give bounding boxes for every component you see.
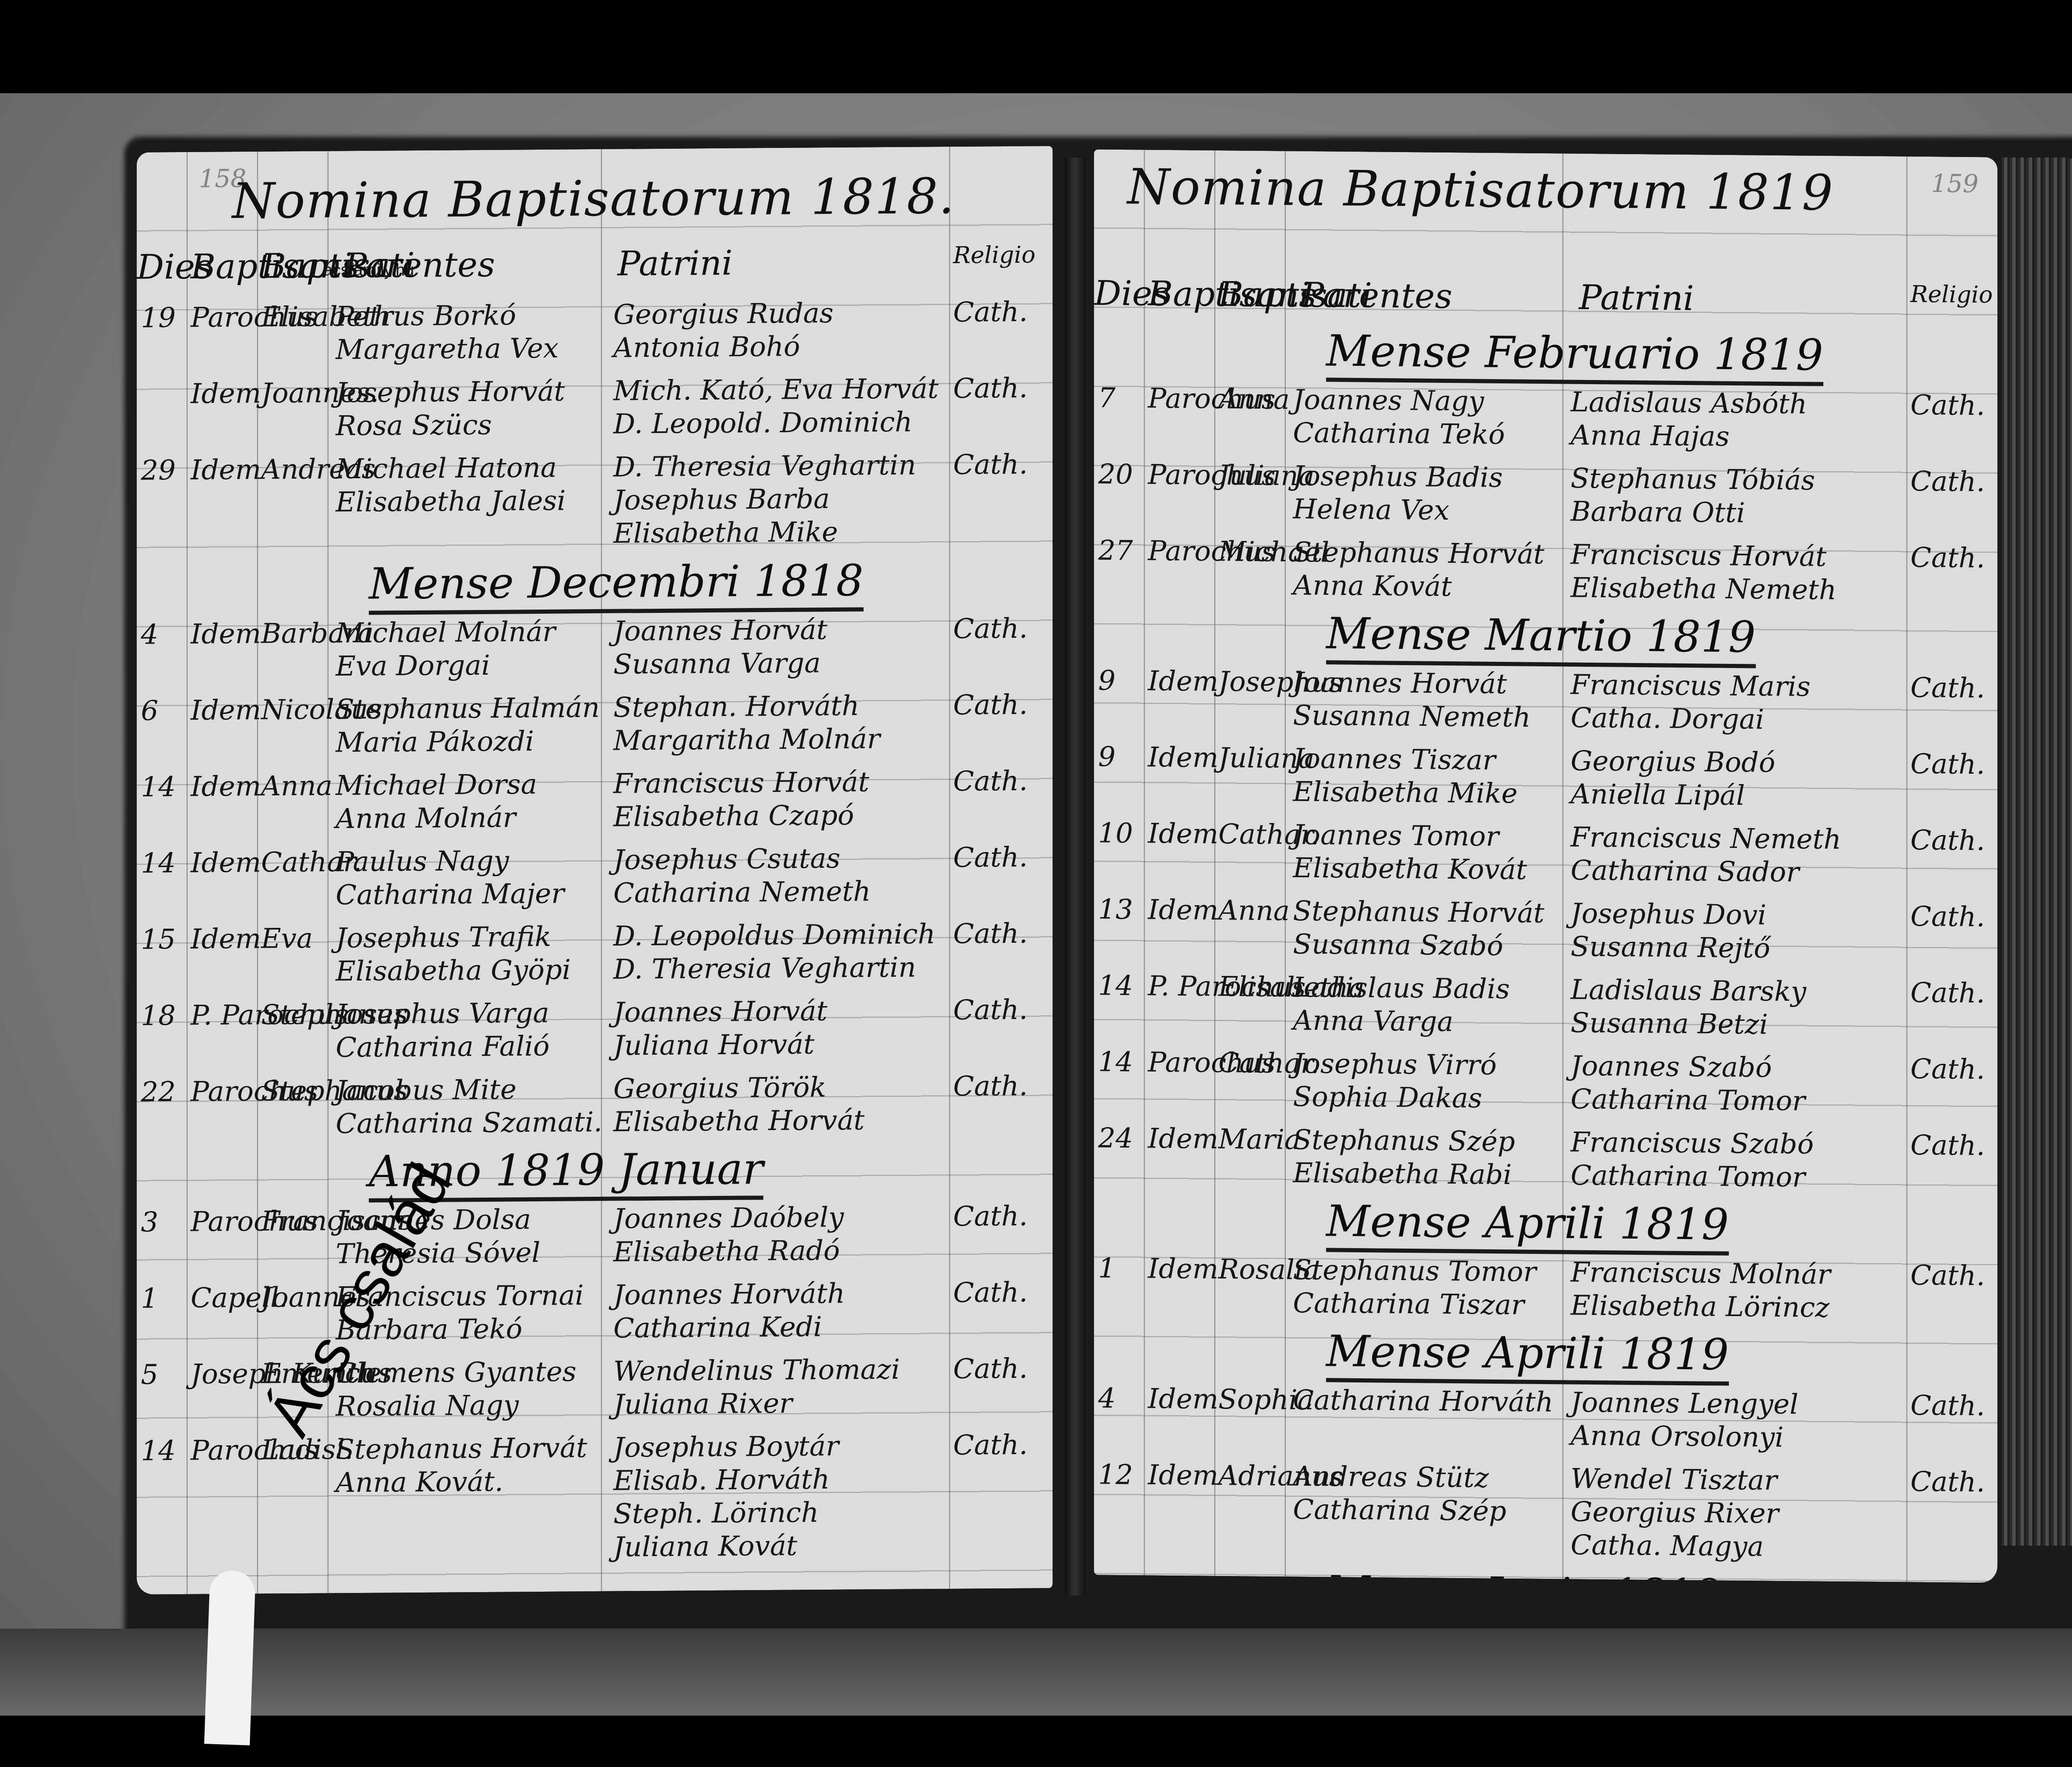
entry-patrini-line: Franciscus Nemeth bbox=[1571, 821, 1841, 857]
entry-day: 12 bbox=[1098, 1458, 1133, 1492]
entry-patrini-line: Joannes Szabó bbox=[1571, 1050, 1805, 1085]
entry-parentes-line: Josephus Trafik bbox=[336, 920, 571, 955]
entry-patrini: Josephus CsutasCatharina Nemeth bbox=[613, 842, 871, 910]
page-number: 159 bbox=[1931, 169, 1979, 198]
entry-parentes-line: Susanna Nemeth bbox=[1293, 699, 1531, 734]
entry-parentes-line: Margaretha Vex bbox=[336, 332, 559, 367]
entry-parentes-line: Michael Hatona bbox=[336, 451, 566, 486]
entry-patrini-line: Elisabetha Nemeth bbox=[1571, 571, 1837, 607]
entry-parentes-line: Anna Kovát bbox=[1293, 569, 1544, 604]
entry-religio: Cath. bbox=[1910, 748, 1985, 782]
entry-patrini: Joannes DaóbelyElisabetha Radó bbox=[613, 1201, 844, 1269]
entry-patrini-line: Franciscus Molnár bbox=[1571, 1256, 1830, 1291]
entry-parentes-line: Catharina Szamati. bbox=[336, 1106, 603, 1140]
entry-patrini-line: Franciscus Horvát bbox=[1571, 538, 1837, 574]
entry-parentes-line: Stephanus Szép bbox=[1293, 1123, 1515, 1159]
entry-patrini-line: Elisabetha Czapó bbox=[613, 799, 869, 833]
entry-parentes-line: Elisabetha Mike bbox=[1293, 775, 1518, 811]
entry-parentes: Clemens GyantesRosalia Nagy bbox=[336, 1355, 576, 1423]
entry-religio: Cath. bbox=[1910, 1259, 1985, 1293]
site-watermark: acsfamily.hu bbox=[323, 261, 414, 280]
entry-patrini: D. Leopoldus DominichD. Theresia Veghart… bbox=[613, 917, 935, 986]
entry-patrini: Wendel TisztarGeorgius RixerCatha. Magya bbox=[1571, 1462, 1779, 1564]
entry-patrini: Franciscus HorvátElisabetha Czapó bbox=[613, 765, 869, 833]
entry-patrini-line: Joannes Daóbely bbox=[613, 1201, 844, 1236]
entry-parentes-line: Stephanus Horvát bbox=[1293, 536, 1544, 571]
entry-patrini: Franciscus MolnárElisabetha Lörincz bbox=[1571, 1256, 1830, 1324]
entry-patrini-line: Mich. Kató, Eva Horvát bbox=[613, 372, 939, 407]
entry-religio: Cath. bbox=[1910, 1389, 1985, 1423]
entry-day: 20 bbox=[1098, 458, 1133, 491]
entry-baptisans: Idem bbox=[191, 617, 261, 651]
entry-patrini: Josephus BoytárElisab. HorváthSteph. Lör… bbox=[613, 1430, 839, 1564]
entry-parentes-line: Michael Molnár bbox=[336, 615, 555, 650]
entry-day: 15 bbox=[141, 923, 176, 956]
entry-parentes-line: Stephanus Horvát bbox=[336, 1431, 587, 1466]
entry-parentes: Joannes TomorElisabetha Kovát bbox=[1293, 818, 1527, 887]
book-fore-edge bbox=[2002, 157, 2072, 1546]
entry-parentes: Jacobus MiteCatharina Szamati. bbox=[336, 1072, 603, 1140]
entry-religio: Cath. bbox=[1910, 671, 1985, 705]
entry-parentes-line: Stephanus Halmán bbox=[336, 691, 600, 726]
entry-baptisans: Idem bbox=[191, 377, 261, 411]
entry-patrini-line: Elisabetha Radó bbox=[613, 1234, 844, 1269]
entry-day: 9 bbox=[1098, 664, 1116, 697]
entry-parentes: Michael HatonaElisabetha Jalesi bbox=[336, 451, 566, 519]
entry-patrini: Mich. Kató, Eva HorvátD. Leopold. Domini… bbox=[613, 372, 939, 441]
entry-baptisans: Idem bbox=[1148, 1122, 1218, 1156]
entry-parentes: Petrus BorkóMargaretha Vex bbox=[336, 299, 559, 367]
entry-patrini-line: Joannes Horvát bbox=[613, 995, 827, 1029]
entry-patrini-line: Josephus Csutas bbox=[613, 842, 871, 876]
month-heading: Mense Aprili 1819 bbox=[1326, 1326, 1729, 1385]
entry-patrini-line: Steph. Lörinch bbox=[613, 1496, 839, 1531]
entry-parentes-line: Catharina Falió bbox=[336, 1030, 549, 1065]
entry-patrini-line: Catharina Sador bbox=[1571, 854, 1841, 890]
entry-religio: Cath. bbox=[953, 765, 1028, 798]
entry-patrini-line: D. Theresia Veghartin bbox=[613, 951, 935, 986]
entry-baptisans: Idem bbox=[191, 453, 261, 487]
entry-religio: Cath. bbox=[953, 372, 1028, 405]
column-header-religio: Religio bbox=[1910, 281, 1993, 309]
entry-patrini: Joannes HorvátJuliana Horvát bbox=[613, 995, 827, 1063]
entry-religio: Cath. bbox=[953, 993, 1028, 1027]
entry-patrini-line: D. Leopoldus Dominich bbox=[613, 917, 935, 953]
entry-religio: Cath. bbox=[953, 1352, 1028, 1386]
entry-patrini-line: Wendel Tisztar bbox=[1571, 1462, 1779, 1497]
entry-patrini: Joannes LengyelAnna Orsolonyi bbox=[1571, 1386, 1798, 1455]
entry-patrini-line: Ladislaus Barsky bbox=[1571, 973, 1806, 1009]
entry-parentes: Josephus TrafikElisabetha Gyöpi bbox=[336, 920, 571, 988]
page-title: Nomina Baptisatorum 1819 bbox=[1127, 158, 1834, 221]
entry-day: 14 bbox=[141, 847, 176, 880]
book-spine bbox=[1065, 157, 1086, 1595]
entry-day: 1 bbox=[1098, 1252, 1116, 1285]
entry-parentes-line: Josephus Virró bbox=[1293, 1047, 1497, 1082]
entry-patrini-line: D. Leopold. Dominich bbox=[613, 405, 939, 441]
entry-day: 5 bbox=[141, 1358, 158, 1391]
entry-patrini: Ladislaus AsbóthAnna Hajas bbox=[1571, 386, 1807, 454]
entry-parentes: Josephus BadisHelena Vex bbox=[1293, 460, 1503, 528]
entry-baptisans: Idem bbox=[1148, 665, 1218, 698]
entry-patrini: Franciscus HorvátElisabetha Nemeth bbox=[1571, 538, 1837, 607]
entry-parentes: Joannes NagyCatharina Tekó bbox=[1293, 383, 1505, 451]
entry-patrini-line: Franciscus Szabó bbox=[1571, 1126, 1814, 1161]
entry-parentes-line: Jacobus Mite bbox=[336, 1072, 603, 1107]
entry-day: 6 bbox=[141, 694, 158, 727]
entry-baptisans: Idem bbox=[1148, 1382, 1218, 1416]
entry-patrini-line: Joannes Horváth bbox=[613, 1277, 845, 1312]
entry-religio: Cath. bbox=[1910, 1053, 1985, 1087]
entry-parentes-line: Anna Molnár bbox=[336, 801, 537, 835]
entry-parentes: Josephus HorvátRosa Szücs bbox=[336, 375, 565, 443]
entry-patrini-line: Joannes Lengyel bbox=[1571, 1386, 1798, 1421]
entry-religio: Cath. bbox=[953, 1070, 1028, 1103]
entry-day: 29 bbox=[141, 454, 176, 487]
table-edge bbox=[0, 1629, 2072, 1716]
register-entry: 29IdemAndreasMichael HatonaElisabetha Ja… bbox=[137, 448, 1053, 549]
entry-patrini-line: Juliana Rixer bbox=[613, 1386, 900, 1421]
entry-baptisans: Idem bbox=[191, 846, 261, 880]
entry-patrini: Joannes HorvátSusanna Varga bbox=[613, 613, 827, 681]
entry-patrini-line: Elisabetha Horvát bbox=[613, 1104, 864, 1138]
entry-day: 24 bbox=[1098, 1122, 1133, 1155]
entry-day: 3 bbox=[141, 1205, 158, 1239]
entry-patrini-line: Georgius Bodó bbox=[1571, 745, 1775, 779]
entry-patrini-line: Susanna Rejtő bbox=[1571, 930, 1770, 965]
entry-religio: Cath. bbox=[1910, 1465, 1985, 1499]
entry-patrini: D. Theresia VeghartinJosephus BarbaElisa… bbox=[613, 449, 916, 550]
entry-patrini-line: Elisab. Horváth bbox=[613, 1463, 839, 1498]
month-heading: Mense Martio 1819 bbox=[1326, 608, 1756, 668]
entry-patrini: Josephus DoviSusanna Rejtő bbox=[1571, 897, 1770, 965]
entry-patrini-line: Josephus Boytár bbox=[613, 1430, 839, 1464]
entry-parentes-line: Eva Dorgai bbox=[336, 649, 555, 683]
entry-baptisatus: Anna bbox=[1218, 382, 1290, 416]
entry-patrini-line: Juliana Horvát bbox=[613, 1028, 827, 1063]
entry-parentes-line: Joannes Tomor bbox=[1293, 818, 1527, 854]
entry-religio: Cath. bbox=[1910, 900, 1985, 934]
entry-patrini-line: Aniella Lipál bbox=[1571, 778, 1775, 813]
entry-parentes-line: Catharina Horváth bbox=[1293, 1384, 1553, 1419]
entry-parentes-line: Stephanus Horvát bbox=[1293, 895, 1544, 930]
entry-parentes-line: Helena Vex bbox=[1293, 493, 1503, 528]
entry-day: 22 bbox=[141, 1075, 176, 1109]
entry-religio: Cath. bbox=[1910, 976, 1985, 1010]
entry-patrini: Stephanus TóbiásBarbara Otti bbox=[1571, 462, 1815, 530]
entry-patrini-line: Georgius Rudas bbox=[613, 297, 833, 332]
entry-day: 13 bbox=[1098, 893, 1133, 927]
entry-parentes: Stephanus HalmánMaria Pákozdi bbox=[336, 691, 600, 759]
entry-day: 9 bbox=[1098, 741, 1116, 774]
entry-patrini-line: Josephus Barba bbox=[613, 482, 916, 517]
entry-patrini-line: Franciscus Horvát bbox=[613, 765, 869, 800]
entry-parentes: Stephanus HorvátAnna Kovát bbox=[1293, 536, 1544, 604]
entry-patrini-line: Stephanus Tóbiás bbox=[1571, 462, 1815, 497]
entry-religio: Cath. bbox=[953, 1200, 1028, 1233]
entry-religio: Cath. bbox=[953, 448, 1028, 482]
entry-baptisans: Idem bbox=[1148, 817, 1218, 851]
entry-day: 14 bbox=[141, 770, 176, 804]
entry-parentes: Michael DorsaAnna Molnár bbox=[336, 768, 537, 835]
column-header-religio: Religio bbox=[953, 242, 1036, 269]
page-title: Nomina Baptisatorum 1818. bbox=[232, 167, 955, 230]
entry-parentes-line: Elisabetha Gyöpi bbox=[336, 953, 571, 988]
entry-patrini-line: Anna Orsolonyi bbox=[1571, 1419, 1798, 1455]
entry-patrini-line: D. Theresia Veghartin bbox=[613, 449, 916, 484]
entry-parentes: Ladislaus BadisAnna Varga bbox=[1293, 971, 1510, 1039]
entry-parentes-line: Anna Kovát. bbox=[336, 1464, 587, 1499]
entry-baptisatus: Anna bbox=[1218, 894, 1290, 928]
entry-patrini-line: Barbara Otti bbox=[1571, 495, 1815, 530]
entry-parentes-line: Catharina Tekó bbox=[1293, 416, 1505, 451]
entry-patrini-line: Catha. Magya bbox=[1571, 1529, 1779, 1564]
column-header-parentes: Parentes bbox=[1301, 276, 1452, 316]
entry-religio: Cath. bbox=[953, 295, 1028, 329]
entry-baptisatus: Anna bbox=[261, 769, 332, 803]
entry-patrini: Franciscus NemethCatharina Sador bbox=[1571, 821, 1841, 890]
entry-patrini: Joannes HorváthCatharina Kedi bbox=[613, 1277, 845, 1345]
entry-parentes: Catharina Horváth bbox=[1293, 1384, 1553, 1419]
entry-day: 4 bbox=[1098, 1382, 1116, 1415]
entry-parentes-line: Susanna Szabó bbox=[1293, 928, 1544, 963]
entry-parentes-line: Rosalia Nagy bbox=[336, 1388, 576, 1423]
entry-parentes-line: Joannes Horvát bbox=[1293, 666, 1531, 701]
entry-parentes-line: Clemens Gyantes bbox=[336, 1355, 576, 1390]
entry-day: 18 bbox=[141, 999, 176, 1033]
entry-baptisatus: Maria bbox=[1218, 1123, 1301, 1157]
entry-parentes-line: Joannes Nagy bbox=[1293, 383, 1505, 418]
entry-patrini: Franciscus SzabóCatharina Tomor bbox=[1571, 1126, 1814, 1194]
entry-parentes-line: Anna Varga bbox=[1293, 1004, 1510, 1039]
register-entry: 12IdemAdrianusAndreas StützCatharina Szé… bbox=[1094, 1458, 1997, 1561]
entry-baptisans: Idem bbox=[191, 770, 261, 804]
entry-religio: Cath. bbox=[953, 917, 1028, 951]
entry-parentes: Josephus VirróSophia Dakas bbox=[1293, 1047, 1497, 1115]
entry-parentes-line: Catharina Szép bbox=[1293, 1493, 1506, 1528]
entry-religio: Cath. bbox=[953, 1276, 1028, 1310]
entry-day: 27 bbox=[1098, 534, 1133, 568]
entry-parentes-line: Joannes Tiszar bbox=[1293, 742, 1518, 777]
month-heading: Mense Aprili 1819 bbox=[1326, 1196, 1729, 1255]
entry-baptisans: Idem bbox=[1148, 893, 1218, 927]
entry-parentes: Michael MolnárEva Dorgai bbox=[336, 615, 555, 683]
entry-parentes-line: Paulus Nagy bbox=[336, 844, 564, 879]
entry-patrini-line: Antonia Bohó bbox=[613, 330, 833, 365]
entry-day: 7 bbox=[1098, 382, 1116, 415]
entry-parentes-line: Josephus Horvát bbox=[336, 375, 565, 410]
entry-baptisans: Idem bbox=[1148, 1252, 1218, 1286]
entry-religio: Cath. bbox=[1910, 465, 1985, 499]
entry-patrini-line: Susanna Betzi bbox=[1571, 1007, 1806, 1042]
entry-baptisans: Idem bbox=[191, 922, 261, 956]
entry-day: 14 bbox=[141, 1434, 176, 1468]
entry-parentes-line: Catharina Tiszar bbox=[1293, 1287, 1536, 1322]
entry-patrini-line: Catha. Dorgai bbox=[1571, 702, 1811, 737]
entry-parentes-line: Maria Pákozdi bbox=[336, 724, 600, 759]
entry-patrini-line: Catharina Nemeth bbox=[613, 875, 871, 910]
entry-religio: Cath. bbox=[953, 1428, 1028, 1462]
entry-patrini: Georgius TörökElisabetha Horvát bbox=[613, 1070, 864, 1138]
entry-patrini-line: Anna Hajas bbox=[1571, 419, 1807, 454]
entry-patrini: Ladislaus BarskySusanna Betzi bbox=[1571, 973, 1806, 1042]
entry-parentes: Stephanus HorvátAnna Kovát. bbox=[336, 1431, 587, 1499]
entry-baptisans: Idem bbox=[1148, 741, 1218, 775]
entry-patrini-line: Georgius Török bbox=[613, 1070, 864, 1105]
entry-patrini: Stephan. HorváthMargaritha Molnár bbox=[613, 689, 880, 757]
column-header-patrini: Patrini bbox=[1579, 278, 1694, 318]
entry-patrini: Georgius BodóAniella Lipál bbox=[1571, 745, 1775, 813]
entry-parentes: Andreas StützCatharina Szép bbox=[1293, 1460, 1506, 1528]
entry-parentes: Stephanus SzépElisabetha Rabi bbox=[1293, 1123, 1515, 1192]
entry-parentes-line: Elisabetha Kovát bbox=[1293, 852, 1527, 887]
entry-parentes-line: Elisabetha Rabi bbox=[1293, 1157, 1515, 1192]
entry-patrini-line: Georgius Rixer bbox=[1571, 1496, 1779, 1530]
entry-parentes-line: Stephanus Tomor bbox=[1293, 1254, 1536, 1289]
entry-parentes: Joannes HorvátSusanna Nemeth bbox=[1293, 666, 1531, 734]
entry-patrini-line: Susanna Varga bbox=[613, 646, 827, 681]
entry-religio: Cath. bbox=[953, 841, 1028, 874]
entry-religio: Cath. bbox=[1910, 541, 1985, 575]
entry-parentes-line: Josephus Varga bbox=[336, 997, 549, 1031]
right-page: 159 Nomina Baptisatorum 1819 Dies Baptis… bbox=[1094, 149, 1997, 1583]
entry-day: 4 bbox=[141, 618, 158, 651]
entry-patrini-line: Ladislaus Asbóth bbox=[1571, 386, 1807, 421]
entry-patrini-line: Catharina Kedi bbox=[613, 1310, 845, 1345]
entry-parentes-line: Catharina Majer bbox=[336, 877, 564, 912]
entry-patrini-line: Wendelinus Thomazi bbox=[613, 1353, 900, 1388]
entry-patrini: Wendelinus ThomaziJuliana Rixer bbox=[613, 1353, 900, 1421]
entry-parentes: Stephanus TomorCatharina Tiszar bbox=[1293, 1254, 1536, 1322]
entry-baptisans: Idem bbox=[191, 694, 261, 727]
entry-patrini-line: Elisabetha Mike bbox=[613, 515, 916, 550]
entry-religio: Cath. bbox=[1910, 1129, 1985, 1163]
entry-patrini-line: Franciscus Maris bbox=[1571, 668, 1811, 704]
column-header-patrini: Patrini bbox=[617, 244, 733, 284]
entry-day: 10 bbox=[1098, 817, 1133, 850]
entry-parentes: Stephanus HorvátSusanna Szabó bbox=[1293, 895, 1544, 963]
entry-parentes: Paulus NagyCatharina Majer bbox=[336, 844, 564, 912]
entry-patrini-line: Joannes Horvát bbox=[613, 613, 827, 648]
entry-day: 14 bbox=[1098, 1046, 1133, 1079]
entry-parentes-line: Petrus Borkó bbox=[336, 299, 559, 334]
month-heading: Mense Decembri 1818 bbox=[369, 555, 864, 615]
entry-day: 1 bbox=[141, 1282, 158, 1315]
bookmark-slip bbox=[204, 1570, 256, 1745]
entry-religio: Cath. bbox=[953, 612, 1028, 646]
entry-patrini: Joannes SzabóCatharina Tomor bbox=[1571, 1050, 1805, 1118]
register-entry: 14ParochusLadisl.Stephanus HorvátAnna Ko… bbox=[137, 1428, 1053, 1530]
entry-patrini-line: Catharina Tomor bbox=[1571, 1083, 1805, 1118]
entry-parentes-line: Rosa Szücs bbox=[336, 408, 565, 443]
entry-parentes-line: Andreas Stütz bbox=[1293, 1460, 1506, 1495]
entry-religio: Cath. bbox=[1910, 389, 1985, 423]
entry-patrini: Georgius RudasAntonia Bohó bbox=[613, 297, 833, 365]
entry-patrini-line: Elisabetha Lörincz bbox=[1571, 1289, 1830, 1324]
entry-parentes-line: Sophia Dakas bbox=[1293, 1080, 1497, 1115]
entry-patrini: Franciscus MarisCatha. Dorgai bbox=[1571, 668, 1811, 737]
entry-baptisatus: Eva bbox=[261, 922, 313, 956]
entry-religio: Cath. bbox=[1910, 824, 1985, 858]
entry-patrini-line: Margaritha Molnár bbox=[613, 722, 880, 757]
entry-patrini-line: Stephan. Horváth bbox=[613, 689, 880, 724]
entry-parentes-line: Josephus Badis bbox=[1293, 460, 1503, 494]
entry-parentes: Joannes TiszarElisabetha Mike bbox=[1293, 742, 1518, 811]
entry-day: 14 bbox=[1098, 969, 1133, 1003]
entry-parentes-line: Elisabetha Jalesi bbox=[336, 484, 566, 519]
entry-patrini-line: Juliana Kovát bbox=[613, 1529, 839, 1564]
entry-parentes-line: Michael Dorsa bbox=[336, 768, 537, 802]
entry-religio: Cath. bbox=[953, 688, 1028, 722]
entry-baptisans: Idem bbox=[1148, 1459, 1218, 1492]
entry-parentes: Josephus VargaCatharina Falió bbox=[336, 997, 549, 1065]
entry-patrini-line: Josephus Dovi bbox=[1571, 897, 1770, 932]
entry-parentes-line: Ladislaus Badis bbox=[1293, 971, 1510, 1006]
entry-patrini-line: Catharina Tomor bbox=[1571, 1159, 1814, 1194]
entry-day: 19 bbox=[141, 301, 176, 335]
month-heading: Mense Februario 1819 bbox=[1326, 325, 1823, 386]
